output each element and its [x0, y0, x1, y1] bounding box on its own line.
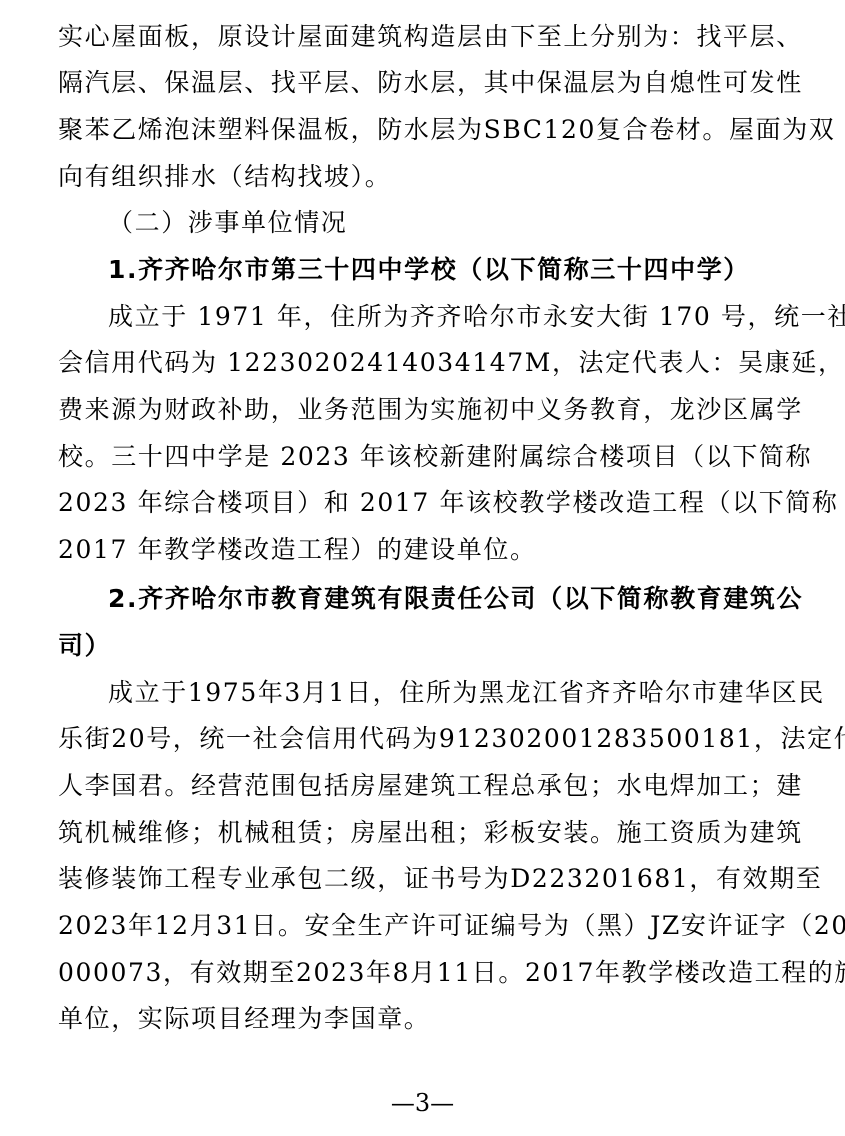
body-line: 单位，实际项目经理为李国章。 [58, 1004, 786, 1034]
body-line: 000073，有效期至2023年8月11日。2017年教学楼改造工程的施工 [58, 958, 786, 988]
page-number: —3— [0, 1088, 845, 1118]
body-line: 校。三十四中学是 2023 年该校新建附属综合楼项目（以下简称 [58, 442, 786, 472]
body-line: 实心屋面板，原设计屋面建筑构造层由下至上分别为：找平层、 [58, 22, 786, 52]
document-page: 实心屋面板，原设计屋面建筑构造层由下至上分别为：找平层、 隔汽层、保温层、找平层… [0, 0, 845, 1136]
body-line: 会信用代码为 12230202414034147M，法定代表人：吴康延，经 [58, 348, 786, 378]
body-line: 2023年12月31日。安全生产许可证编号为（黑）JZ安许证字（2005） [58, 911, 786, 941]
entity-heading-company: 2.齐齐哈尔市教育建筑有限责任公司（以下简称教育建筑公 [108, 584, 786, 614]
section-heading: （二）涉事单位情况 [108, 208, 368, 238]
body-line: 乐街20号，统一社会信用代码为912302001283500181，法定代表 [58, 724, 786, 754]
body-line: 人李国君。经营范围包括房屋建筑工程总承包；水电焊加工；建 [58, 771, 786, 801]
body-line: 2017 年教学楼改造工程）的建设单位。 [58, 535, 786, 565]
body-line: 聚苯乙烯泡沫塑料保温板，防水层为SBC120复合卷材。屋面为双 [58, 115, 786, 145]
body-line: 成立于1975年3月1日，住所为黑龙江省齐齐哈尔市建华区民 [108, 678, 786, 708]
body-line: 费来源为财政补助，业务范围为实施初中义务教育，龙沙区属学 [58, 395, 786, 425]
body-line: 向有组织排水（结构找坡）。 [58, 162, 786, 192]
body-line: 装修装饰工程专业承包二级，证书号为D223201681，有效期至 [58, 864, 786, 894]
entity-heading-company-cont: 司） [58, 631, 786, 661]
entity-heading-school: 1.齐齐哈尔市第三十四中学校（以下简称三十四中学） [108, 255, 786, 285]
body-line: 2023 年综合楼项目）和 2017 年该校教学楼改造工程（以下简称 [58, 488, 786, 518]
body-line: 筑机械维修；机械租赁；房屋出租；彩板安装。施工资质为建筑 [58, 818, 786, 848]
body-line: 成立于 1971 年，住所为齐齐哈尔市永安大街 170 号，统一社 [108, 302, 786, 332]
body-line: 隔汽层、保温层、找平层、防水层，其中保温层为自熄性可发性 [58, 68, 786, 98]
